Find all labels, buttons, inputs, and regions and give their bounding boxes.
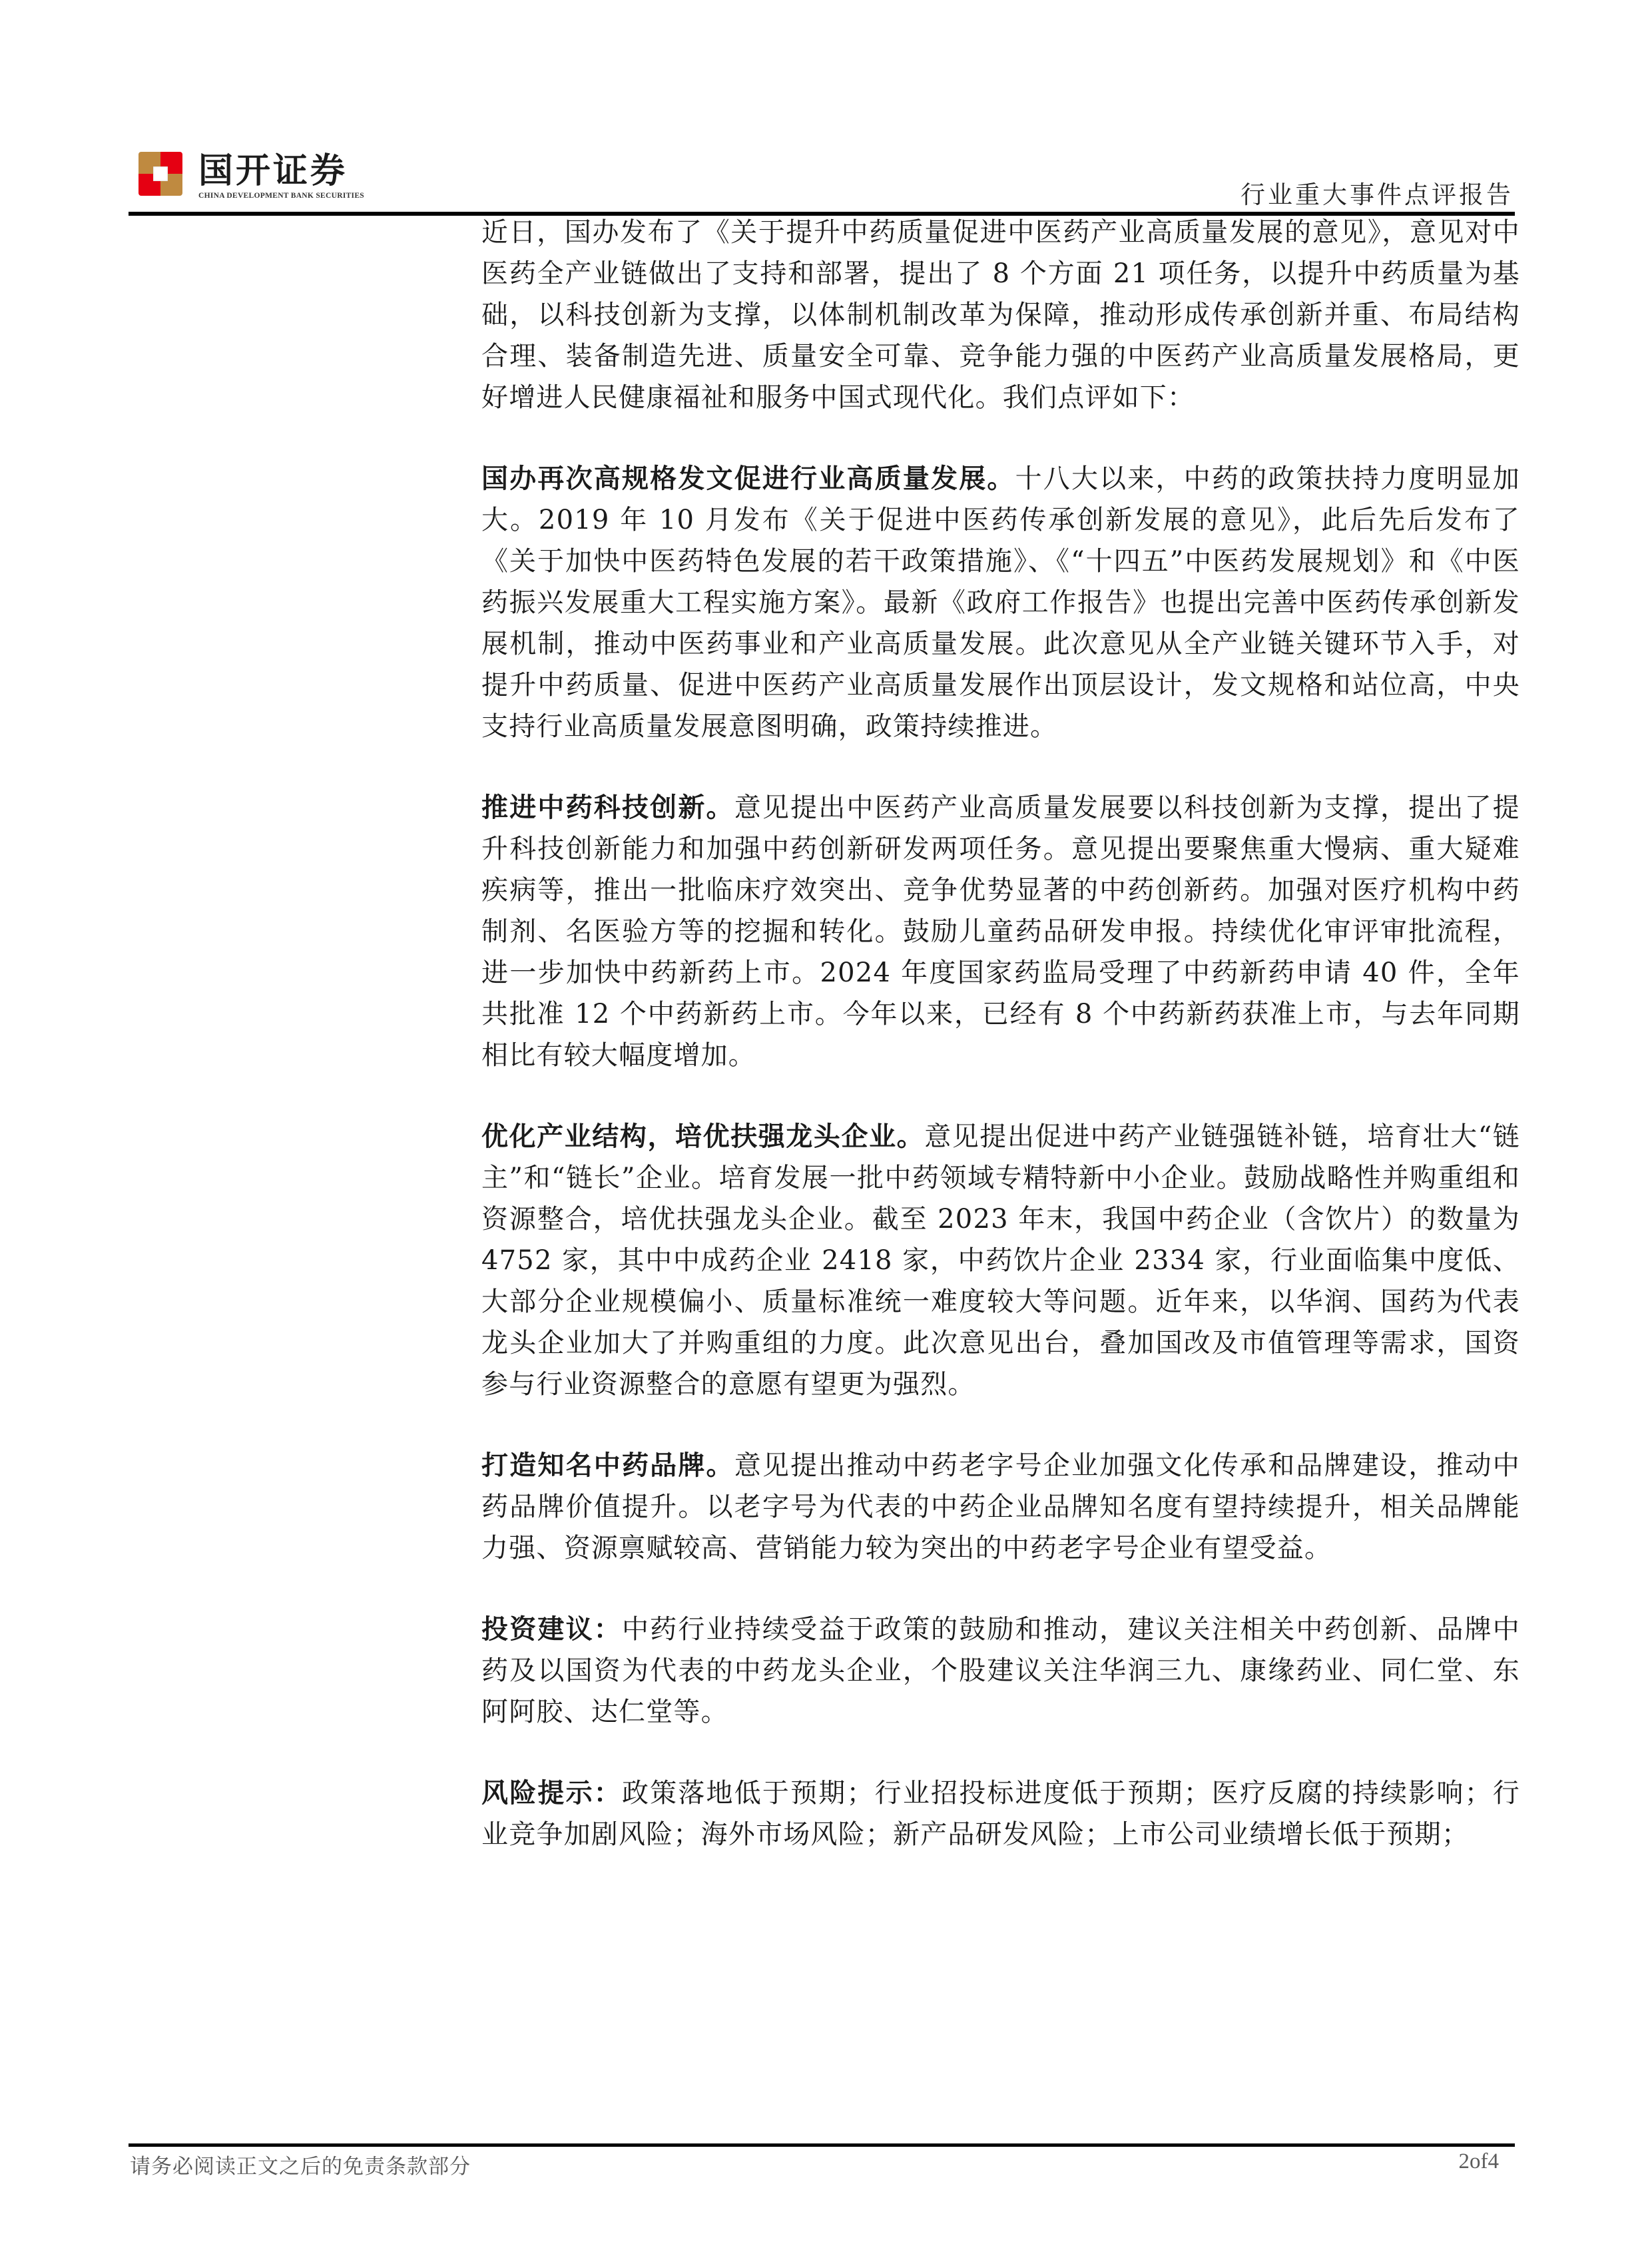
disclaimer-note: 请务必阅读正文之后的免责条款部分 — [130, 2149, 471, 2179]
section-heading: 投资建议： — [481, 1613, 622, 1645]
section-investment-advice: 投资建议：中药行业持续受益于政策的鼓励和推动，建议关注相关中药创新、品牌中药及以… — [481, 1609, 1520, 1733]
footer-divider — [129, 2143, 1515, 2147]
section-risk-warning: 风险提示：政策落地低于预期；行业招投标进度低于预期；医疗反腐的持续影响；行业竞争… — [481, 1773, 1520, 1855]
section-innovation: 推进中药科技创新。意见提出中医药产业高质量发展要以科技创新为支撑，提出了提升科技… — [481, 787, 1520, 1076]
section-heading: 国办再次高规格发文促进行业高质量发展。 — [481, 463, 1015, 494]
section-text: 意见提出中医药产业高质量发展要以科技创新为支撑，提出了提升科技创新能力和加强中药… — [481, 792, 1520, 1071]
intro-paragraph: 近日，国办发布了《关于提升中药质量促进中医药产业高质量发展的意见》，意见对中医药… — [481, 212, 1520, 418]
section-heading: 风险提示： — [481, 1777, 622, 1809]
section-policy: 国办再次高规格发文促进行业高质量发展。十八大以来，中药的政策扶持力度明显加大。2… — [481, 458, 1520, 747]
section-heading: 推进中药科技创新。 — [481, 792, 734, 823]
logo-mark-icon — [138, 152, 182, 196]
section-brand: 打造知名中药品牌。意见提出推动中药老字号企业加强文化传承和品牌建设，推动中药品牌… — [481, 1445, 1520, 1569]
section-text: 中药行业持续受益于政策的鼓励和推动，建议关注相关中药创新、品牌中药及以国资为代表… — [481, 1614, 1520, 1727]
section-text: 意见提出促进中药产业链强链补链，培育壮大“链主”和“链长”企业。培育发展一批中药… — [481, 1121, 1520, 1400]
logo-name-en: CHINA DEVELOPMENT BANK SECURITIES — [198, 192, 364, 200]
section-text: 十八大以来，中药的政策扶持力度明显加大。2019 年 10 月发布《关于促进中医… — [481, 463, 1520, 742]
report-body: 近日，国办发布了《关于提升中药质量促进中医药产业高质量发展的意见》，意见对中医药… — [481, 212, 1520, 1855]
section-heading: 优化产业结构，培优扶强龙头企业。 — [481, 1121, 924, 1152]
section-text: 政策落地低于预期；行业招投标进度低于预期；医疗反腐的持续影响；行业竞争加剧风险；… — [481, 1778, 1520, 1850]
page-number: 2of4 — [1459, 2149, 1500, 2174]
logo-name-cn: 国开证券 — [198, 152, 364, 190]
section-heading: 打造知名中药品牌。 — [481, 1450, 734, 1481]
section-industry-structure: 优化产业结构，培优扶强龙头企业。意见提出促进中药产业链强链补链，培育壮大“链主”… — [481, 1116, 1520, 1405]
company-logo: 国开证券 CHINA DEVELOPMENT BANK SECURITIES — [138, 152, 364, 200]
report-type: 行业重大事件点评报告 — [1240, 174, 1514, 210]
